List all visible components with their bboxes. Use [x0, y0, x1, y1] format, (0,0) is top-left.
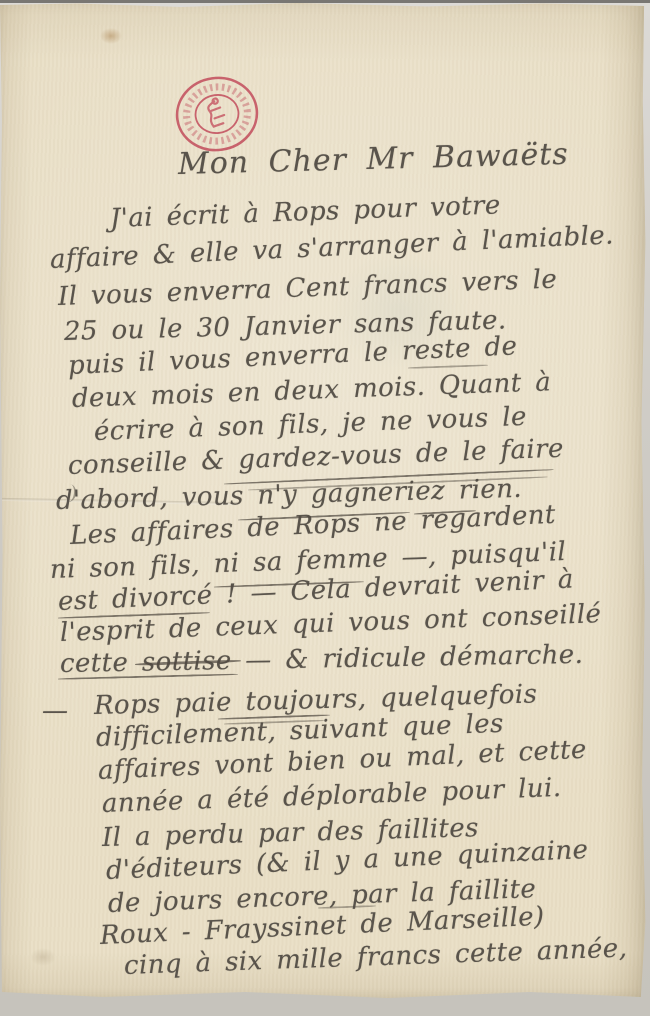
salutation-line: Mon Cher Mr Bawaëts [178, 140, 569, 180]
heraldic-lion-icon [207, 98, 226, 127]
letter-page: Mon Cher Mr Bawaëts J'ai écrit à Rops po… [0, 2, 646, 1002]
paper-stain [100, 28, 122, 44]
photographed-letter: Mon Cher Mr Bawaëts J'ai écrit à Rops po… [0, 0, 650, 1016]
handwriting-line: Il vous enverra Cent francs vers le [57, 265, 557, 312]
margin-dash: — [42, 696, 68, 726]
paper-stain [30, 948, 56, 966]
stamp-legend-ring [183, 83, 251, 145]
handwriting-line: cette sottise — & ridicule démarche. [60, 640, 584, 679]
